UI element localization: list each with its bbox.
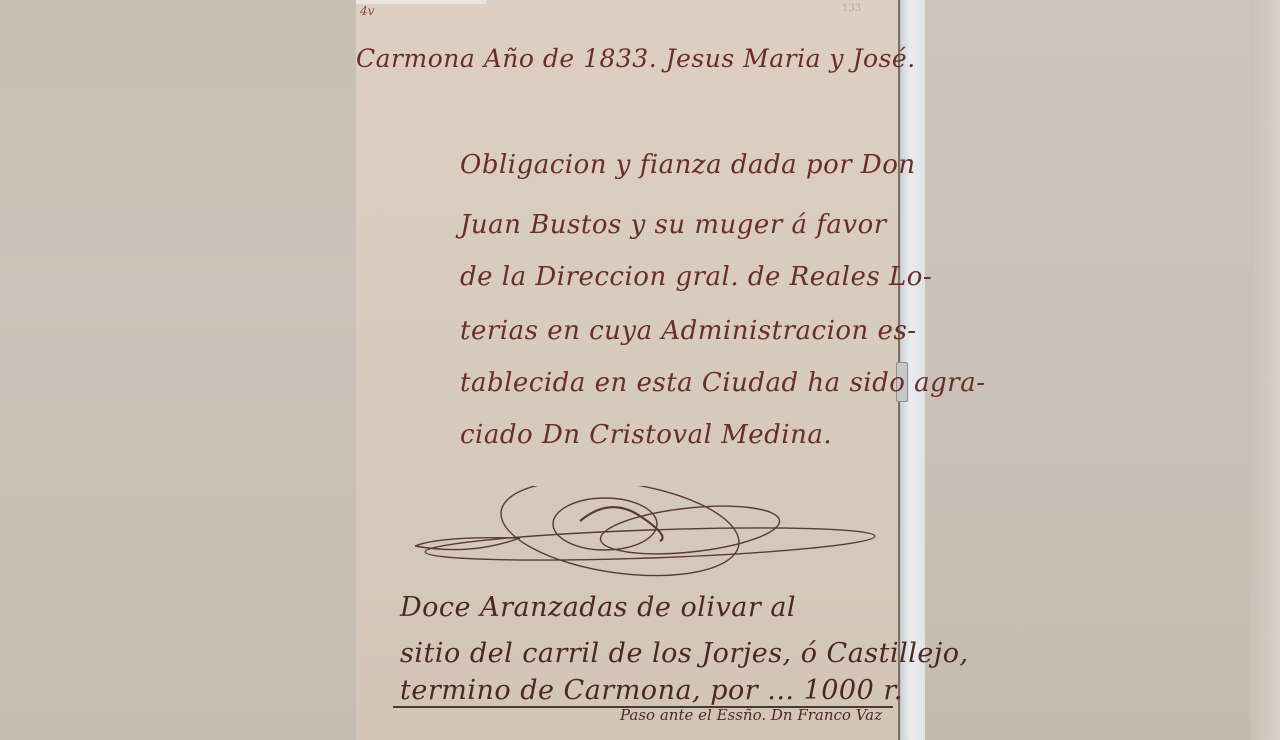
description-line: Doce Aranzadas de olivar al [400, 592, 796, 623]
top-paper-strip [356, 0, 486, 4]
signature-flourish-icon [410, 486, 880, 586]
description-line: termino de Carmona, por ... 1000 r. [400, 675, 903, 706]
body-line: ciado Dn Cristoval Medina. [460, 420, 832, 450]
body-line: terias en cuya Administracion es- [460, 316, 917, 346]
body-line: tablecida en esta Ciudad ha sido agra- [460, 368, 986, 398]
footer-note: Paso ante el Essño. Dn Franco Vaz [620, 706, 882, 724]
corner-mark: 4v [360, 4, 374, 18]
page-number: 133 [842, 3, 861, 14]
document-header: Carmona Año de 1833. Jesus Maria y José. [356, 44, 916, 73]
body-line: Juan Bustos y su muger á favor [460, 210, 887, 240]
body-line: Obligacion y fianza dada por Don [460, 150, 916, 180]
description-line: sitio del carril de los Jorjes, ó Castil… [400, 638, 969, 669]
blurred-background-left [0, 0, 356, 740]
body-line: de la Direccion gral. de Reales Lo- [460, 262, 932, 292]
